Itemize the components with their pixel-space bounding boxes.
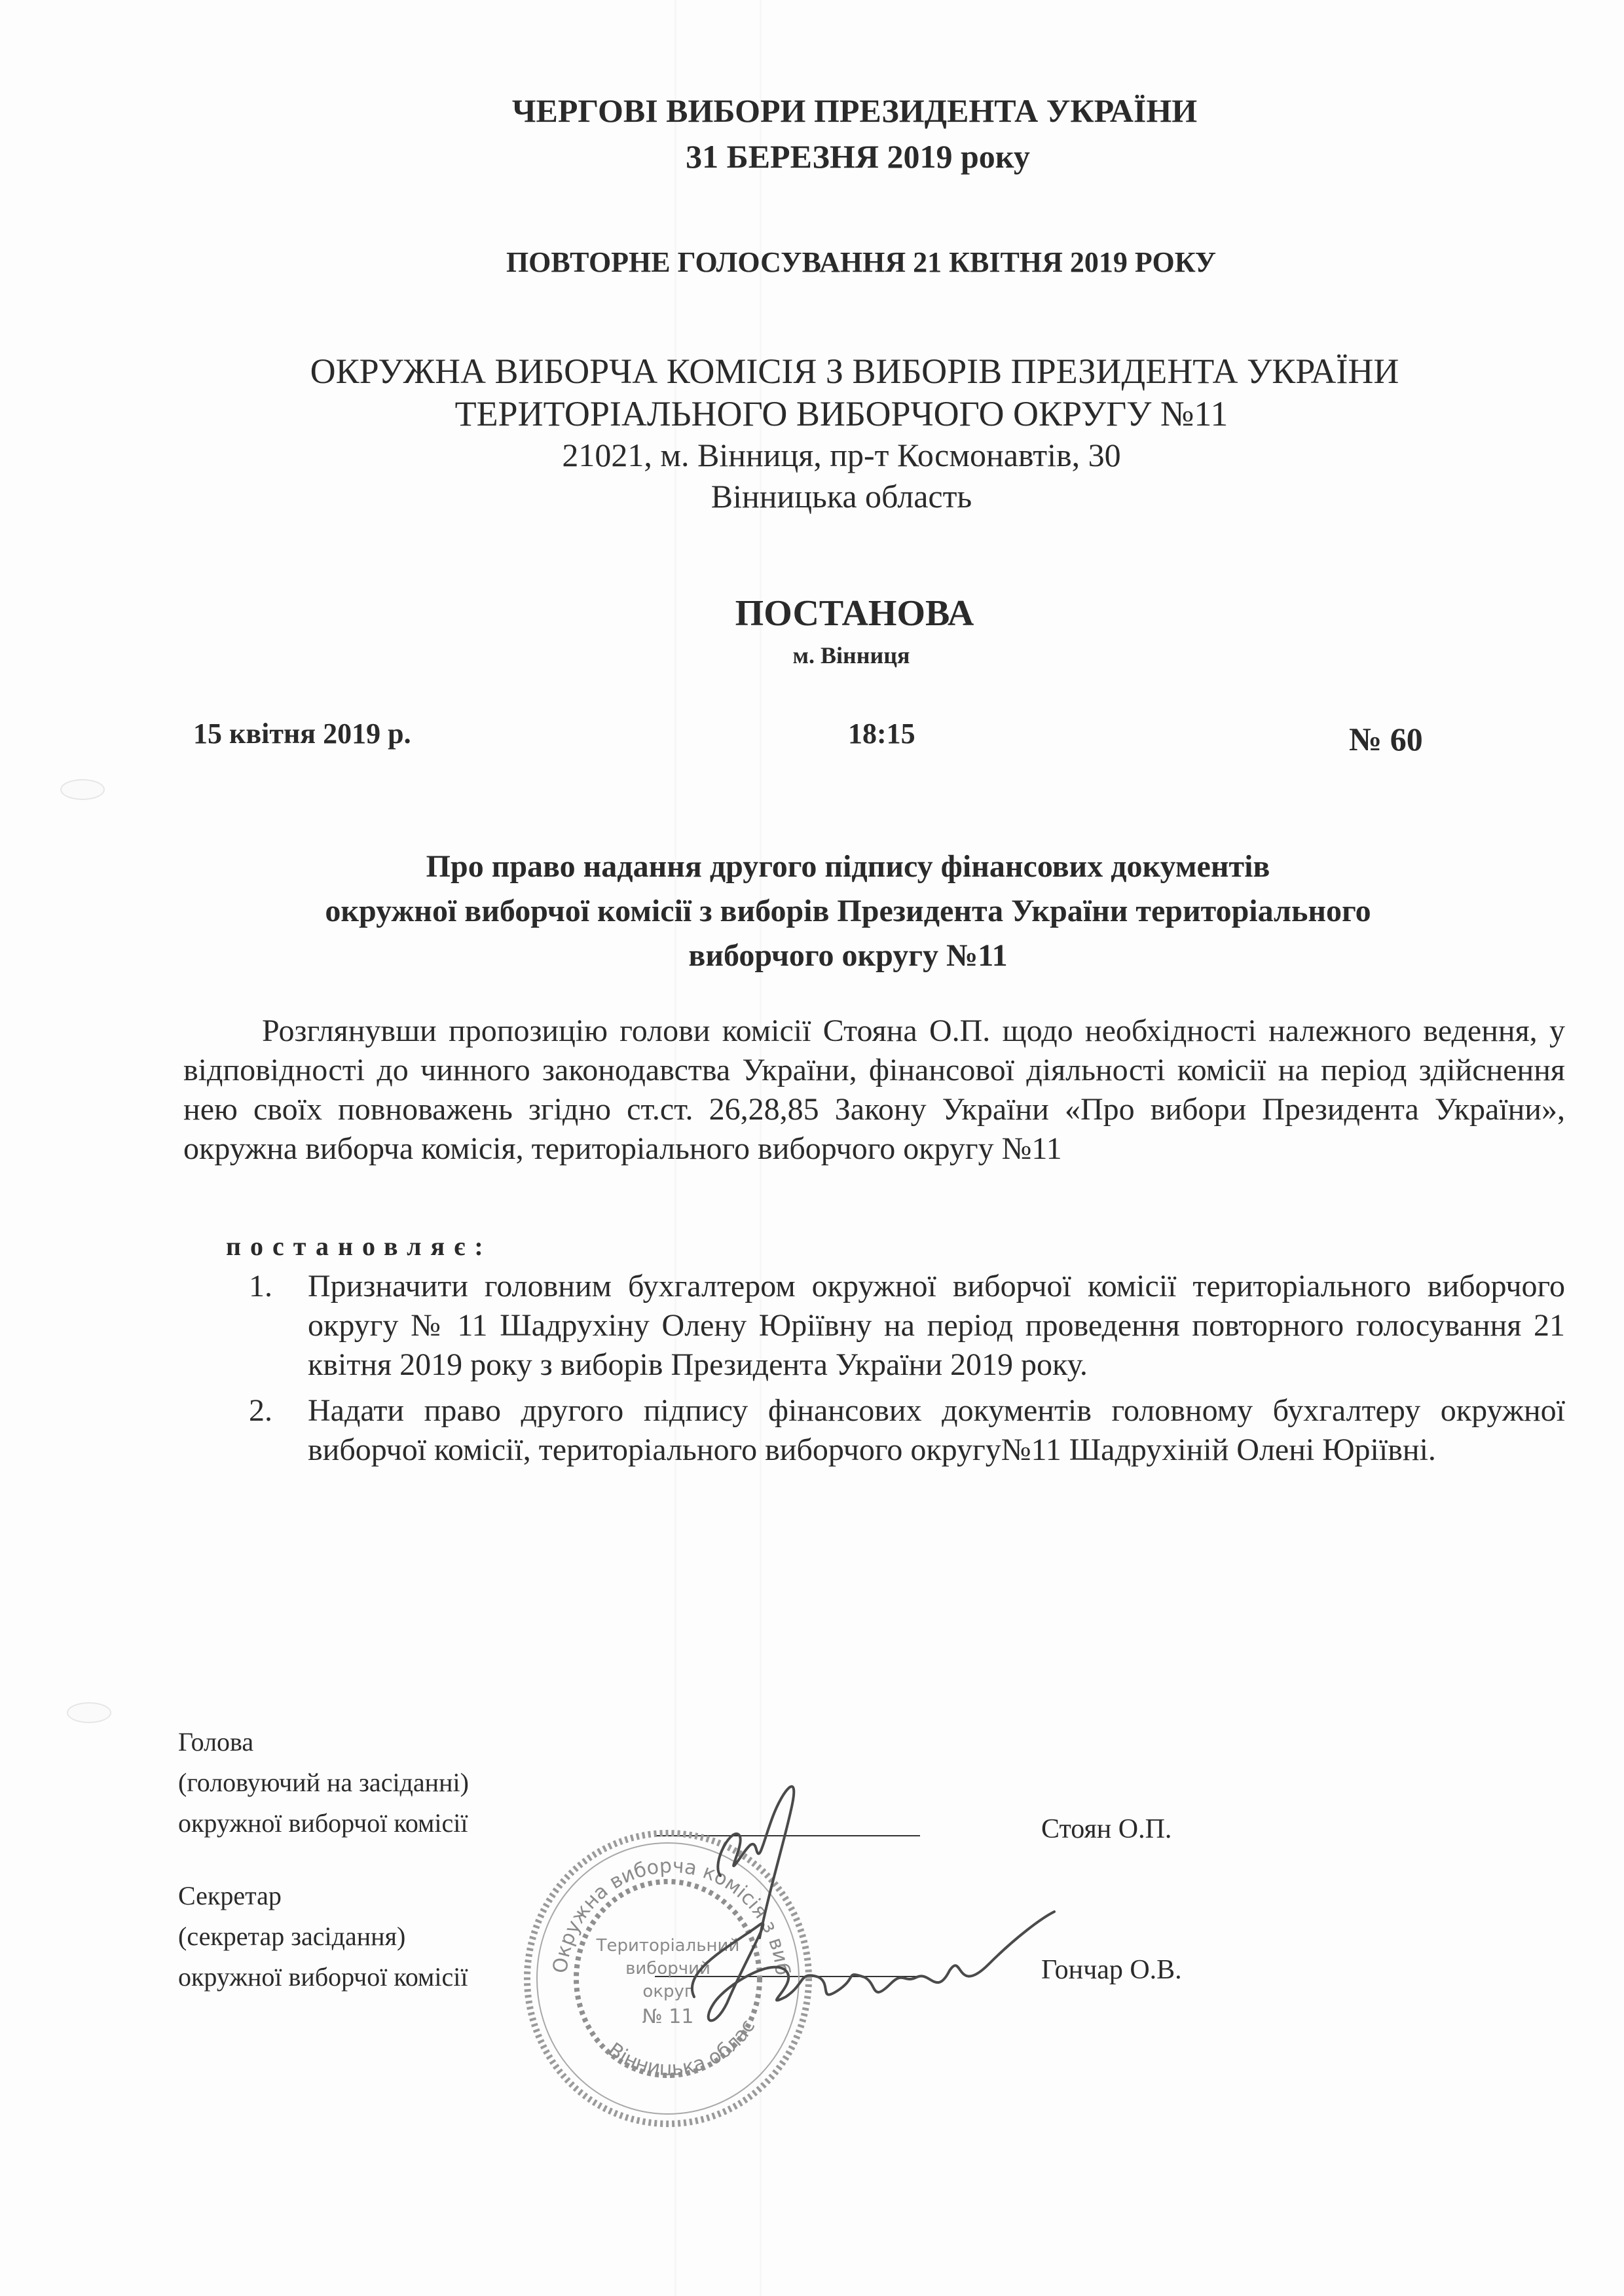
secretary-role-detail: (секретар засідання) [178,1916,468,1957]
document-date: 15 квітня 2019 р. [193,717,411,750]
commission-region: Вінницька область [0,477,1624,517]
secretary-role: Секретар [178,1876,468,1916]
election-title: ЧЕРГОВІ ВИБОРИ ПРЕЗИДЕНТА УКРАЇНИ [0,90,1624,132]
item-text: Надати право другого підпису фінансових … [308,1393,1565,1467]
secretary-signature-icon [674,1899,1067,2043]
resolution-item: 1. Призначити головним бухгалтером окруж… [236,1267,1565,1385]
commission-district: ТЕРИТОРІАЛЬНОГО ВИБОРЧОГО ОКРУГУ №11 [0,393,1624,436]
document-number: № 60 [1349,720,1423,758]
chair-role-org: окружної виборчої комісії [178,1803,469,1844]
chair-role-detail: (головуючий на засіданні) [178,1762,469,1803]
punch-hole [60,779,105,800]
item-text: Призначити головним бухгалтером окружної… [308,1269,1565,1382]
secretary-signature-block: Секретар (секретар засідання) окружної в… [178,1876,468,1997]
subject-line-1: Про право надання другого підпису фінанс… [0,845,1624,888]
subject-line-2: окружної виборчої комісії з виборів През… [0,889,1624,933]
secretary-role-org: окружної виборчої комісії [178,1957,468,1997]
runoff-title: ПОВТОРНЕ ГОЛОСУВАННЯ 21 КВІТНЯ 2019 РОКУ [0,246,1624,279]
commission-address: 21021, м. Вінниця, пр-т Космонавтів, 30 [0,435,1624,475]
resolution-list: 1. Призначити головним бухгалтером окруж… [236,1267,1565,1476]
item-number: 1. [249,1267,272,1306]
chair-role: Голова [178,1722,469,1762]
document-type: ПОСТАНОВА [0,592,1624,634]
document-time: 18:15 [848,717,915,750]
preamble-paragraph: Розглянувши пропозицію голови комісії Ст… [183,1011,1565,1169]
document-city: м. Вінниця [0,642,1624,669]
subject-line-3: виборчого округу №11 [0,934,1624,977]
document-page: ЧЕРГОВІ ВИБОРИ ПРЕЗИДЕНТА УКРАЇНИ 31 БЕР… [0,0,1624,2296]
election-date: 31 БЕРЕЗНЯ 2019 року [0,136,1624,177]
commission-name: ОКРУЖНА ВИБОРЧА КОМІСІЯ З ВИБОРІВ ПРЕЗИД… [0,350,1624,393]
resolves-heading: постановляє: [226,1231,492,1262]
item-number: 2. [249,1391,272,1430]
preamble-text: Розглянувши пропозицію голови комісії Ст… [183,1013,1565,1166]
punch-hole [67,1702,111,1723]
resolution-item: 2. Надати право другого підпису фінансов… [236,1391,1565,1470]
chair-signature-block: Голова (головуючий на засіданні) окружно… [178,1722,469,1844]
chair-name: Стоян О.П. [1041,1813,1172,1845]
